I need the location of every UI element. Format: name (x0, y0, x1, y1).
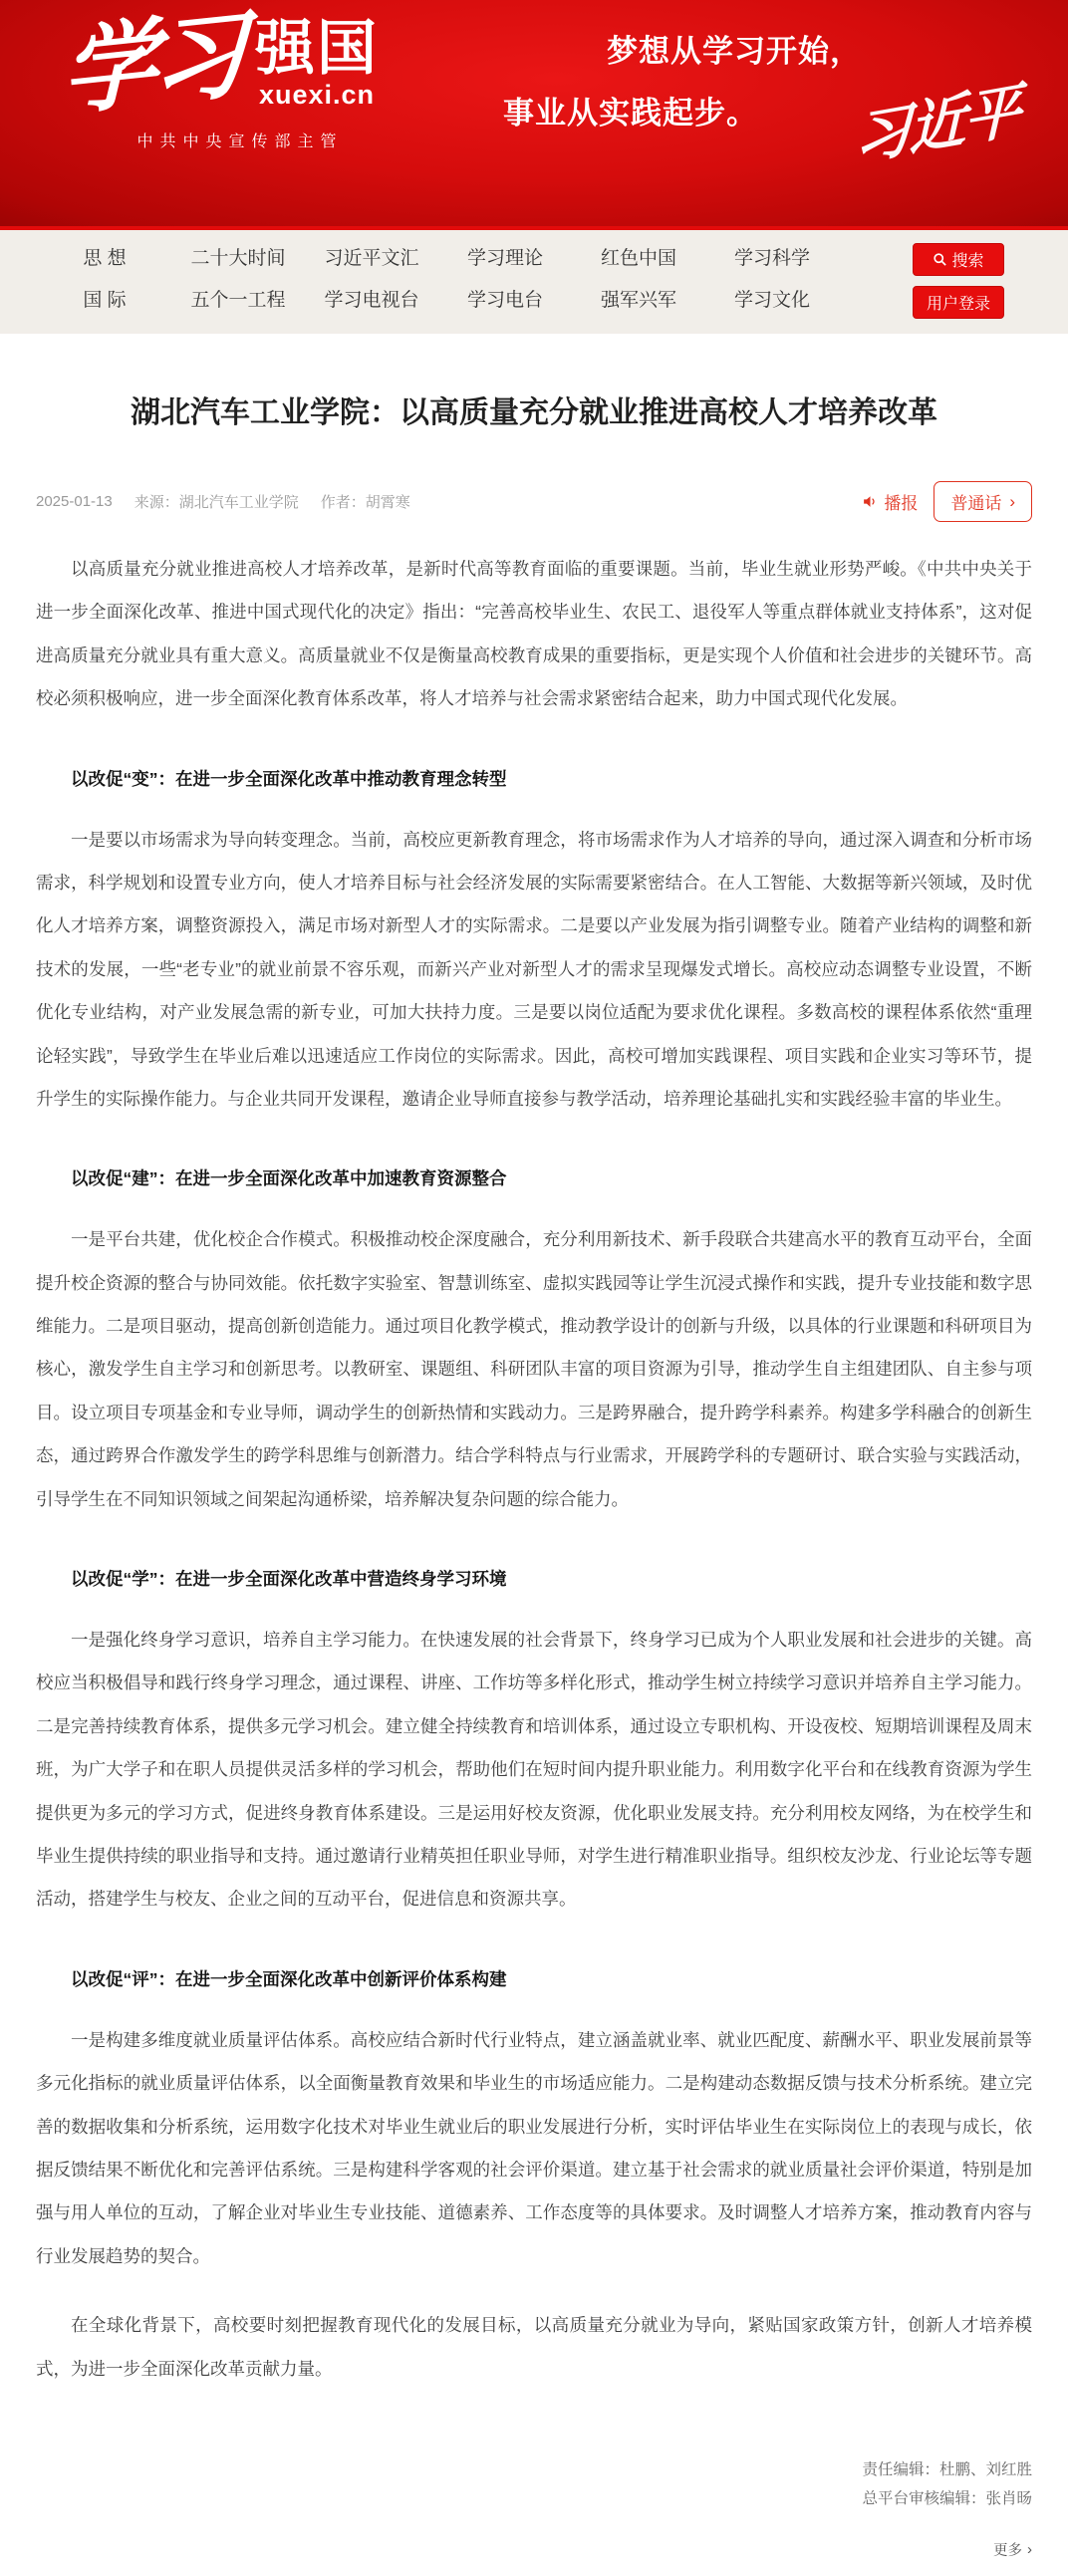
broadcast-label: 播报 (884, 489, 918, 514)
logo-subtitle: 中共中央宣传部主管 (62, 129, 379, 151)
article-paragraph: 一是构建多维度就业质量评估体系。高校应结合新时代行业特点，建立涵盖就业率、就业匹… (36, 2019, 1032, 2278)
article-page: 湖北汽车工业学院：以高质量充分就业推进高校人才培养改革 2025-01-13 来… (0, 389, 1068, 2560)
section-heading: 以改促“建”：在进一步全面深化改革中加速教育资源整合 (36, 1164, 1032, 1192)
article-author: 作者：胡霄寒 (321, 491, 410, 512)
signature-calligraphy: 习近平 (854, 63, 1018, 176)
logo-calligraphy-text: 学习 (63, 0, 255, 131)
article-body: 以高质量充分就业推进高校人才培养改革，是新时代高等教育面临的重要课题。当前，毕业… (36, 548, 1032, 2391)
site-header: 学习 强国 xuexi.cn 中共中央宣传部主管 梦想从学习开始， 事业从实践起… (0, 0, 1068, 226)
nav-item[interactable]: 红色中国 (601, 243, 676, 270)
main-navigation: 思 想二十大时间习近平文汇学习理论红色中国学习科学国 际五个一工程学习电视台学习… (0, 226, 1068, 334)
logo-block-text: 强国 (255, 17, 379, 80)
more-link-label: 更多 (993, 2539, 1022, 2560)
more-link[interactable]: 更多 › (993, 2539, 1032, 2560)
chevron-right-icon: › (1009, 493, 1015, 510)
search-button[interactable]: 搜索 (913, 243, 1004, 276)
editor-credits: 责任编辑：杜鹏、刘红胜 总平台审核编辑：张肖旸 (36, 2456, 1032, 2513)
editor-line-2: 总平台审核编辑：张肖旸 (36, 2485, 1032, 2514)
chevron-right-icon: › (1027, 2541, 1032, 2558)
article-paragraph: 以高质量充分就业推进高校人才培养改革，是新时代高等教育面临的重要课题。当前，毕业… (36, 548, 1032, 721)
search-button-label: 搜索 (951, 248, 983, 271)
nav-item[interactable]: 五个一工程 (190, 285, 285, 312)
mandarin-label: 普通话 (950, 489, 1001, 514)
article-meta: 2025-01-13 来源：湖北汽车工业学院 作者：胡霄寒 播报 普通话 › (36, 481, 1032, 522)
nav-item[interactable]: 强军兴军 (601, 285, 676, 312)
speaker-icon (862, 493, 879, 510)
nav-item[interactable]: 思 想 (83, 243, 126, 270)
nav-item[interactable]: 学习电台 (467, 285, 543, 312)
section-heading: 以改促“评”：在进一步全面深化改革中创新评价体系构建 (36, 1965, 1032, 1993)
nav-item[interactable]: 国 际 (83, 285, 126, 312)
nav-item[interactable]: 学习电视台 (324, 285, 418, 312)
slogan-line-2: 事业从实践起步。 (503, 88, 862, 132)
login-button-label: 用户登录 (927, 291, 990, 314)
mandarin-button[interactable]: 普通话 › (934, 481, 1032, 522)
article-title: 湖北汽车工业学院：以高质量充分就业推进高校人才培养改革 (106, 389, 962, 437)
header-slogan: 梦想从学习开始， 事业从实践起步。 (503, 26, 862, 132)
logo-domain-text: xuexi.cn (259, 80, 375, 111)
nav-item[interactable]: 习近平文汇 (324, 243, 418, 270)
nav-item[interactable]: 学习科学 (734, 243, 810, 270)
broadcast-button[interactable]: 播报 (862, 489, 918, 514)
article-paragraph: 一是要以市场需求为导向转变理念。当前，高校应更新教育理念，将市场需求作为人才培养… (36, 819, 1032, 1122)
section-heading: 以改促“学”：在进一步全面深化改革中营造终身学习环境 (36, 1565, 1032, 1593)
site-logo[interactable]: 学习 强国 xuexi.cn 中共中央宣传部主管 (62, 6, 379, 151)
editor-line-1: 责任编辑：杜鹏、刘红胜 (36, 2456, 1032, 2485)
article-paragraph: 一是平台共建，优化校企合作模式。积极推动校企深度融合，充分利用新技术、新手段联合… (36, 1218, 1032, 1521)
nav-links: 思 想二十大时间习近平文汇学习理论红色中国学习科学国 际五个一工程学习电视台学习… (38, 243, 839, 312)
slogan-line-1: 梦想从学习开始， (503, 26, 862, 71)
article-paragraph: 一是强化终身学习意识，培养自主学习能力。在快速发展的社会背景下，终身学习已成为个… (36, 1619, 1032, 1922)
publish-date: 2025-01-13 (36, 493, 113, 510)
nav-item[interactable]: 二十大时间 (190, 243, 285, 270)
nav-item[interactable]: 学习理论 (467, 243, 543, 270)
nav-item[interactable]: 学习文化 (734, 285, 810, 312)
login-button[interactable]: 用户登录 (913, 286, 1004, 319)
article-source: 来源：湖北汽车工业学院 (134, 491, 299, 512)
search-icon (933, 252, 947, 267)
section-heading: 以改促“变”：在进一步全面深化改革中推动教育理念转型 (36, 765, 1032, 793)
article-paragraph: 在全球化背景下，高校要时刻把握教育现代化的发展目标，以高质量充分就业为导向，紧贴… (36, 2304, 1032, 2391)
